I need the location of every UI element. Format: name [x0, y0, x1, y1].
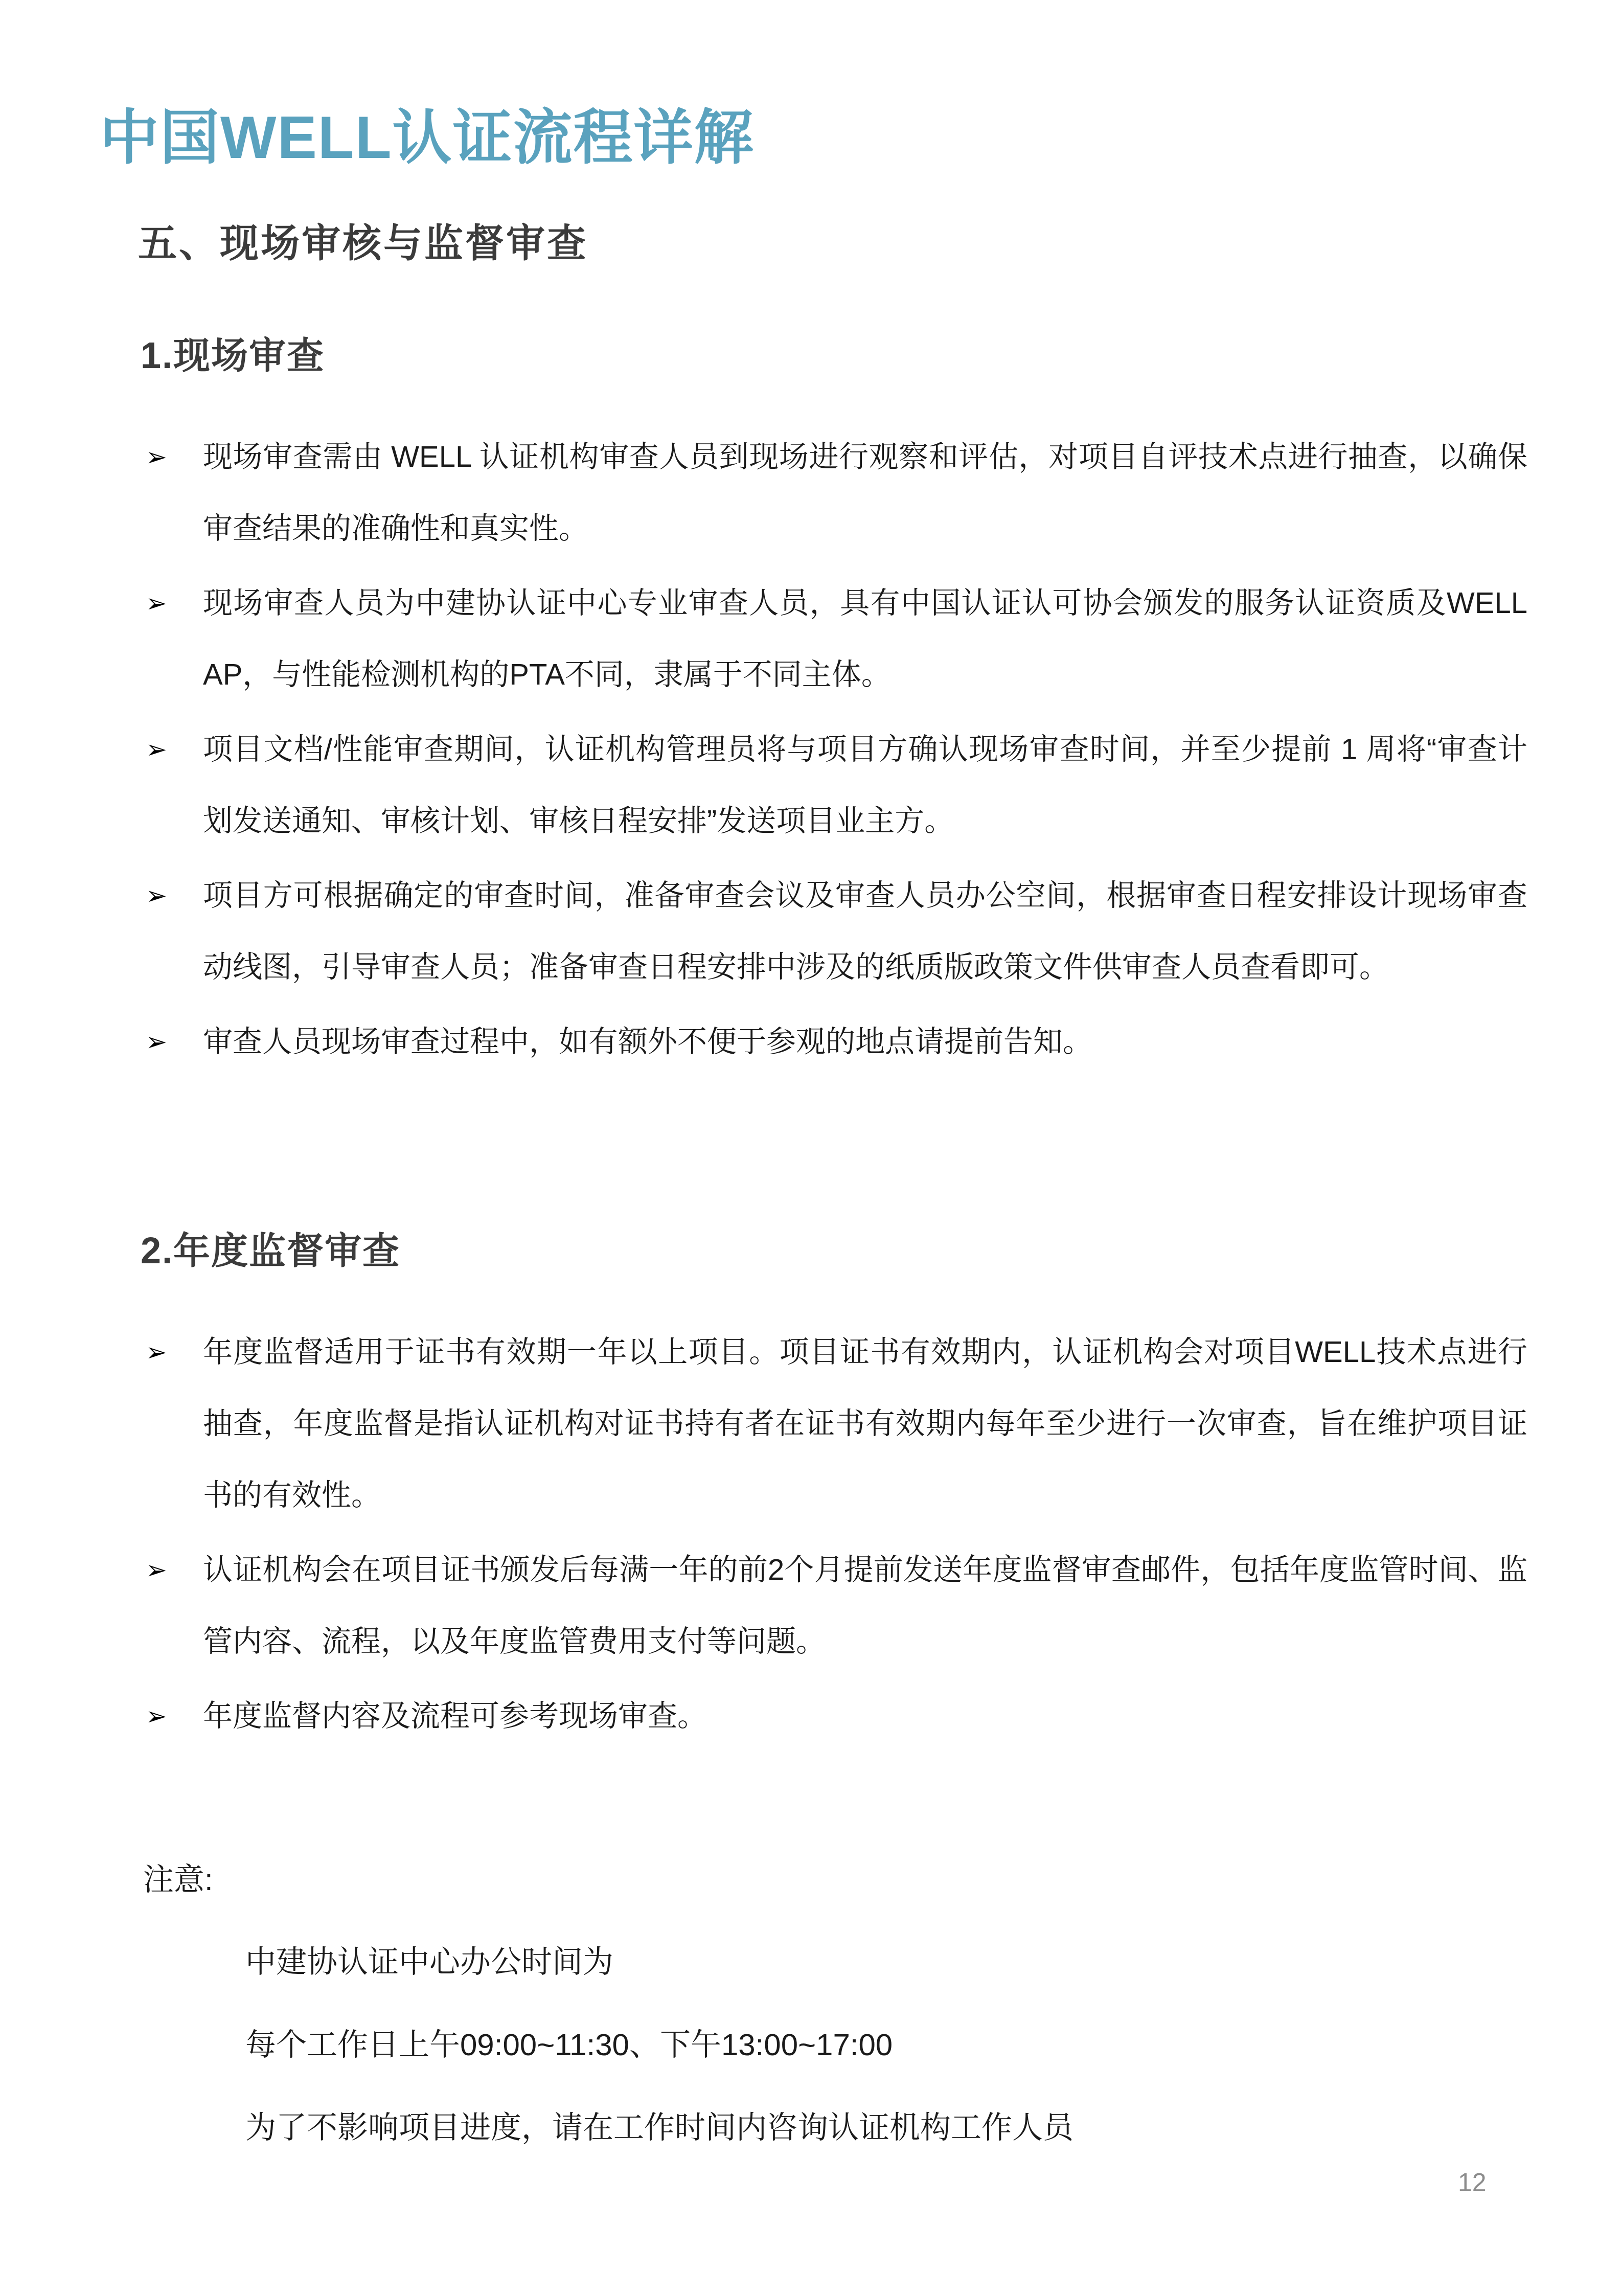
arrow-bullet-icon: ➢	[146, 1534, 203, 1606]
list-item: ➢ 年度监督内容及流程可参考现场审查。	[146, 1680, 1527, 1752]
list-item: ➢ 项目方可根据确定的审查时间，准备审查会议及审查人员办公空间，根据审查日程安排…	[146, 860, 1527, 1003]
bullet-text: 认证机构会在项目证书颁发后每满一年的前2个月提前发送年度监督审查邮件，包括年度监…	[203, 1534, 1527, 1677]
arrow-bullet-icon: ➢	[146, 1680, 203, 1752]
note-line: 每个工作日上午09:00~11:30、下午13:00~17:00	[245, 2004, 1527, 2086]
list-item: ➢ 现场审查人员为中建协认证中心专业审查人员，具有中国认证认可协会颁发的服务认证…	[146, 567, 1527, 711]
list-item: ➢ 审查人员现场审查过程中，如有额外不便于参观的地点请提前告知。	[146, 1006, 1527, 1078]
bullet-text: 年度监督适用于证书有效期一年以上项目。项目证书有效期内，认证机构会对项目WELL…	[203, 1316, 1527, 1531]
page-number: 12	[1458, 2168, 1487, 2197]
list-item: ➢ 年度监督适用于证书有效期一年以上项目。项目证书有效期内，认证机构会对项目WE…	[146, 1316, 1527, 1531]
note-line: 中建协认证中心办公时间为	[245, 1921, 1527, 2004]
note-lines: 中建协认证中心办公时间为 每个工作日上午09:00~11:30、下午13:00~…	[245, 1921, 1527, 2169]
arrow-bullet-icon: ➢	[146, 421, 203, 493]
bullet-list-onsite-review: ➢ 现场审查需由 WELL 认证机构审查人员到现场进行观察和评估，对项目自评技术…	[146, 421, 1527, 1078]
bullet-text: 现场审查需由 WELL 认证机构审查人员到现场进行观察和评估，对项目自评技术点进…	[203, 421, 1527, 564]
arrow-bullet-icon: ➢	[146, 567, 203, 639]
arrow-bullet-icon: ➢	[146, 714, 203, 785]
document-title: 中国WELL认证流程详解	[100, 105, 1527, 171]
bullet-list-annual-surveillance: ➢ 年度监督适用于证书有效期一年以上项目。项目证书有效期内，认证机构会对项目WE…	[146, 1316, 1527, 1752]
chapter-heading: 五、现场审核与监督审查	[138, 222, 1527, 265]
bullet-text: 审查人员现场审查过程中，如有额外不便于参观的地点请提前告知。	[203, 1006, 1527, 1078]
arrow-bullet-icon: ➢	[146, 1006, 203, 1078]
list-item: ➢ 现场审查需由 WELL 认证机构审查人员到现场进行观察和评估，对项目自评技术…	[146, 421, 1527, 564]
bullet-text: 现场审查人员为中建协认证中心专业审查人员，具有中国认证认可协会颁发的服务认证资质…	[203, 567, 1527, 711]
list-item: ➢ 项目文档/性能审查期间，认证机构管理员将与项目方确认现场审查时间，并至少提前…	[146, 714, 1527, 857]
list-item: ➢ 认证机构会在项目证书颁发后每满一年的前2个月提前发送年度监督审查邮件，包括年…	[146, 1534, 1527, 1677]
arrow-bullet-icon: ➢	[146, 860, 203, 931]
subsection-heading-1: 1.现场审查	[141, 336, 1527, 376]
subsection-heading-2: 2.年度监督审查	[141, 1231, 1527, 1271]
bullet-text: 项目文档/性能审查期间，认证机构管理员将与项目方确认现场审查时间，并至少提前 1…	[203, 714, 1527, 857]
note-line: 为了不影响项目进度，请在工作时间内咨询认证机构工作人员	[245, 2086, 1527, 2169]
arrow-bullet-icon: ➢	[146, 1316, 203, 1388]
bullet-text: 年度监督内容及流程可参考现场审查。	[203, 1680, 1527, 1752]
document-page: 中国WELL认证流程详解 五、现场审核与监督审查 1.现场审查 ➢ 现场审查需由…	[0, 0, 1622, 2296]
note-label: 注意:	[143, 1839, 1527, 1921]
note-block: 注意: 中建协认证中心办公时间为 每个工作日上午09:00~11:30、下午13…	[143, 1839, 1527, 2169]
bullet-text: 项目方可根据确定的审查时间，准备审查会议及审查人员办公空间，根据审查日程安排设计…	[203, 860, 1527, 1003]
